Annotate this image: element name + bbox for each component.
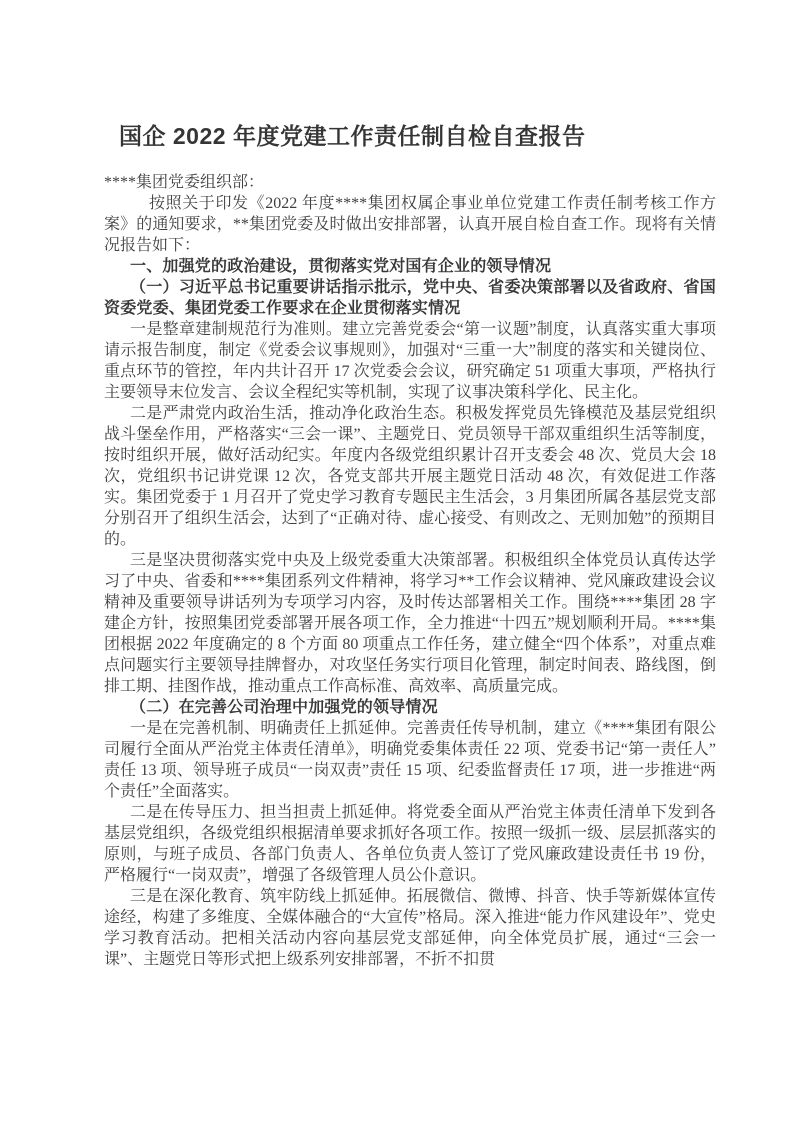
subsection-heading-1-1: （一）习近平总书记重要讲话指示批示，党中央、省委决策部署以及省政府、省国资委党委…	[104, 277, 716, 319]
body-paragraph-3: 三是坚决贯彻落实党中央及上级党委重大决策部署。积极组织全体党员认真传达学习了中央…	[104, 550, 716, 697]
body-paragraph-2: 二是严肃党内政治生活，推动净化政治生态。积极发挥党员先锋模范及基层党组织战斗堡垒…	[104, 403, 716, 550]
body-paragraph-4: 一是在完善机制、明确责任上抓延伸。完善责任传导机制，建立《****集团有限公司履…	[104, 718, 716, 802]
intro-paragraph: 按照关于印发《2022 年度****集团权属企事业单位党建工作责任制考核工作方案…	[104, 193, 716, 256]
subsection-heading-1-2: （二）在完善公司治理中加强党的领导情况	[104, 697, 716, 718]
document-title: 国企 2022 年度党建工作责任制自检自查报告	[119, 120, 716, 152]
addressee-line: ****集团党委组织部：	[104, 172, 716, 193]
document-body: ****集团党委组织部： 按照关于印发《2022 年度****集团权属企事业单位…	[104, 172, 716, 970]
body-paragraph-6: 三是在深化教育、筑牢防线上抓延伸。拓展微信、微博、抖音、快手等新媒体宣传途经，构…	[104, 886, 716, 970]
body-paragraph-1: 一是整章建制规范行为准则。建立完善党委会“第一议题”制度，认真落实重大事项请示报…	[104, 319, 716, 403]
document-page: 国企 2022 年度党建工作责任制自检自查报告 ****集团党委组织部： 按照关…	[0, 0, 793, 1122]
section-heading-1: 一、加强党的政治建设，贯彻落实党对国有企业的领导情况	[104, 256, 716, 277]
body-paragraph-5: 二是在传导压力、担当担责上抓延伸。将党委全面从严治党主体责任清单下发到各基层党组…	[104, 802, 716, 886]
